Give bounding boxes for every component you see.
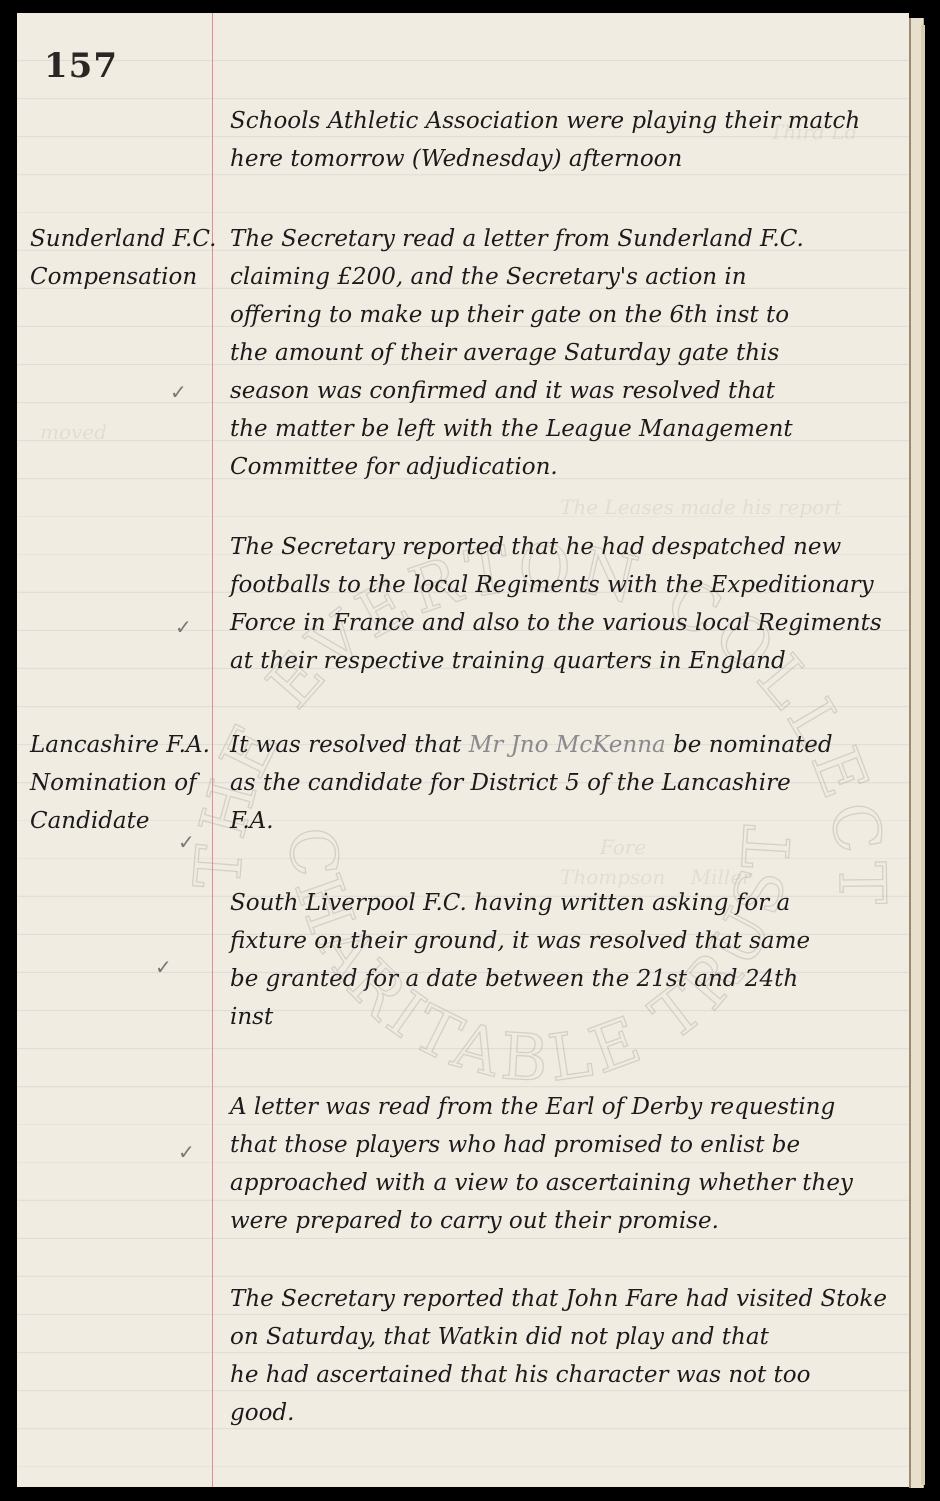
entry-sunderland-compensation: The Secretary read a letter from Sunderl… [230, 220, 804, 486]
entry-line: the matter be left with the League Manag… [230, 410, 804, 448]
entry-line: Committee for adjudication. [230, 448, 804, 486]
entry-line: South Liverpool F.C. having written aski… [230, 884, 810, 922]
entry-line: at their respective training quarters in… [230, 642, 882, 680]
entry-line: The Secretary reported that John Fare ha… [230, 1280, 887, 1318]
margin-heading-line: Sunderland F.C. [30, 220, 216, 258]
entry-line: It was resolved that Mr Jno McKenna be n… [230, 726, 833, 764]
entry-line: here tomorrow (Wednesday) afternoon [230, 140, 860, 178]
entry-line: good. [230, 1394, 887, 1432]
entry-line: as the candidate for District 5 of the L… [230, 764, 833, 802]
entry-south-liverpool-fixture: South Liverpool F.C. having written aski… [230, 884, 810, 1036]
entry-line: offering to make up their gate on the 6t… [230, 296, 804, 334]
entry-footballs-despatched: The Secretary reported that he had despa… [230, 528, 882, 680]
entry-line: A letter was read from the Earl of Derby… [230, 1088, 853, 1126]
entry-earl-of-derby-letter: A letter was read from the Earl of Derby… [230, 1088, 853, 1240]
margin-heading-line: Lancashire F.A. [30, 726, 210, 764]
margin-heading-line: Nomination of [30, 764, 210, 802]
entry-text: It was resolved that [230, 732, 469, 758]
page-edge-under [921, 25, 925, 1485]
entry-line: Force in France and also to the various … [230, 604, 882, 642]
entry-lancashire-nomination: It was resolved that Mr Jno McKenna be n… [230, 726, 833, 840]
bleed-through-text: The Leases made his report [560, 495, 842, 519]
entry-line: fixture on their ground, it was resolved… [230, 922, 810, 960]
entry-line: The Secretary reported that he had despa… [230, 528, 882, 566]
entry-line: The Secretary read a letter from Sunderl… [230, 220, 804, 258]
page-number: 157 [44, 46, 118, 86]
bleed-through-text: moved [40, 420, 107, 444]
check-mark-icon: ✓ [178, 830, 195, 854]
margin-heading-lancashire: Lancashire F.A. Nomination of Candidate [30, 726, 210, 840]
check-mark-icon: ✓ [178, 1140, 195, 1164]
entry-line: F.A. [230, 802, 833, 840]
entry-line: be granted for a date between the 21st a… [230, 960, 810, 998]
entry-line: he had ascertained that his character wa… [230, 1356, 887, 1394]
entry-line: inst [230, 998, 810, 1036]
check-mark-icon: ✓ [175, 615, 192, 639]
entry-line: that those players who had promised to e… [230, 1126, 853, 1164]
entry-john-fare-report: The Secretary reported that John Fare ha… [230, 1280, 887, 1432]
entry-line: approached with a view to ascertaining w… [230, 1164, 853, 1202]
margin-heading-sunderland: Sunderland F.C. Compensation [30, 220, 216, 296]
entry-line: footballs to the local Regiments with th… [230, 566, 882, 604]
entry-line: the amount of their average Saturday gat… [230, 334, 804, 372]
entry-line: on Saturday, that Watkin did not play an… [230, 1318, 887, 1356]
entry-line: Schools Athletic Association were playin… [230, 102, 860, 140]
entry-line: were prepared to carry out their promise… [230, 1202, 853, 1240]
entry-line: claiming £200, and the Secretary's actio… [230, 258, 804, 296]
margin-heading-line: Compensation [30, 258, 216, 296]
check-mark-icon: ✓ [170, 380, 187, 404]
entry-line: season was confirmed and it was resolved… [230, 372, 804, 410]
entry-continuation: Schools Athletic Association were playin… [230, 102, 860, 178]
pencil-insert-nominee: Mr Jno McKenna [469, 732, 666, 758]
check-mark-icon: ✓ [155, 955, 172, 979]
entry-text: be nominated [666, 732, 833, 758]
